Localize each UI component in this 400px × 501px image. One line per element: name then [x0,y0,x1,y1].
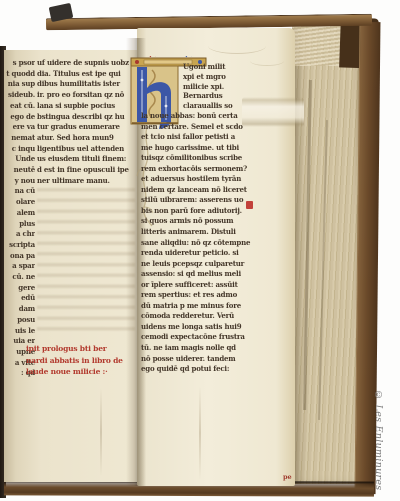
text-line: uis le [2,326,35,337]
text-line: tū. ne iam magis nolle qd [141,343,255,354]
parchment-fold [199,386,201,480]
right-page-text-column: la noue abbas: bonū certamen certare. Se… [141,111,255,377]
quire-signature: pe [283,473,292,481]
text-line: laude noue milicie :· [26,366,138,378]
text-line: renda uideretur peticio. si [141,248,255,259]
text-line: olare [2,197,35,208]
manuscript-photo: s psort quoddnia supsideub.eat cū.ego de… [0,0,400,501]
text-line: a spar [2,261,35,272]
text-line: ego quidē qd potui feci: [141,364,255,375]
text-line: dū matria p me minus fore [141,301,255,312]
text-line: rem spertius: et res admo [141,290,255,301]
text-line: men certare. Semel et scdo [141,122,255,133]
text-line: lana si supbie pocius [37,101,137,112]
text-line: ligentibus uel attenden [37,144,137,155]
text-line: nardi abbatis in libro de [26,355,138,367]
text-line: t quodd [2,69,35,80]
text-line: assensio: si qd melius meli [141,269,255,280]
text-line: cōmoda redderetur. Verū [141,311,255,322]
text-line: ere va [2,122,35,133]
text-line: dia. Titulus est ipe qui [37,69,137,80]
text-line: uf uidere de supnis uobz [37,58,137,69]
text-line: clarauallis so [183,101,253,111]
text-line: et aduersus hostilem tyrān [141,174,255,185]
text-line: ona pa [2,251,35,262]
text-line: edū [2,293,35,304]
text-line: me hugo carissime. ut tibi [141,143,255,154]
text-line: la noue abbas: bonū certa [141,111,255,122]
left-page-cut-column: s psort quoddnia supsideub.eat cū.ego de… [2,58,35,390]
show-through-text [37,188,135,338]
text-line: s psor [2,58,35,69]
text-line: bstingua describi qz hu [37,112,137,123]
text-line: plus [2,219,35,230]
text-line: posu [2,315,35,326]
text-line: nidem qz lanceam nō liceret [141,185,255,196]
text-line: si quos armis nō possum [141,216,255,227]
text-line: c inqu [2,144,35,155]
copyright-watermark: © Les Enluminures [373,390,384,501]
text-line: cemodi expectacōne frustra [141,332,255,343]
text-line: ne leuis pcepsqz culparetur [141,259,255,270]
text-line: na cū [2,186,35,197]
text-line: ego de [2,112,35,123]
text-line: us eiusdem tituli finem: [37,154,137,165]
left-page-text-column: uf uidere de supnis uobzdia. Titulus est… [37,58,137,190]
text-line: nō posse uiderer. tandem [141,354,255,365]
text-line: Bernardus [183,91,253,101]
rubric-red-text: ipit prologus bti bernardi abbatis in li… [26,343,138,378]
text-line: et tcio nisi fallor petisti a [141,132,255,143]
text-line: xpi et mgro [183,72,253,82]
text-line: y nou [2,176,35,187]
text-line: d est in fine opusculi ipe [37,165,137,176]
text-line: ner ultimare manu. [37,176,137,187]
text-line: dam [2,304,35,315]
text-line: a chr [2,229,35,240]
text-line: milicie xpi. [183,82,253,92]
text-line: stilū uibrarem: asserens uo [141,195,255,206]
text-line: ipit prologus bti ber [26,343,138,355]
text-line: tur gradus enumerare [37,122,137,133]
text-line: tuisqz cōmilitonibus scribe [141,153,255,164]
text-line: dibus humilitatis ister [37,79,137,90]
text-line: cū. ne [2,272,35,283]
parchment-wrinkle [208,38,266,54]
text-line: Unde [2,154,35,165]
text-line: or īplere sufficeret: assūit [141,280,255,291]
text-line: ir. pro eo forsitan qz nō [37,90,137,101]
text-line: alem [2,208,35,219]
parchment-fold [100,388,102,476]
text-line: litteris animarem. Distuli [141,227,255,238]
text-line: nemat [2,133,35,144]
text-line: uidens me longa satis hui9 [141,322,255,333]
text-line: rem exhortacōis sermonem? [141,164,255,175]
text-line: sideub. [2,90,35,101]
text-line: nia sup [2,79,35,90]
text-line: eat cū. [2,101,35,112]
text-line: neutē [2,165,35,176]
text-line: sane aliqdiu: nō qz cōtempne [141,238,255,249]
parchment-wrinkle [250,56,284,66]
fore-edge-leaves [292,26,360,484]
right-page-indent-lines: Ugoni militxpi et mgromilicie xpi.Bernar… [183,62,253,112]
text-line: Ugoni milit [183,62,253,72]
text-line: gere [2,283,35,294]
text-line: scripta [2,240,35,251]
red-paraph-mark [246,201,253,209]
text-line: atur. Sed hora mun9 [37,133,137,144]
text-line: bis non parū fore adiutorij. [141,206,255,217]
